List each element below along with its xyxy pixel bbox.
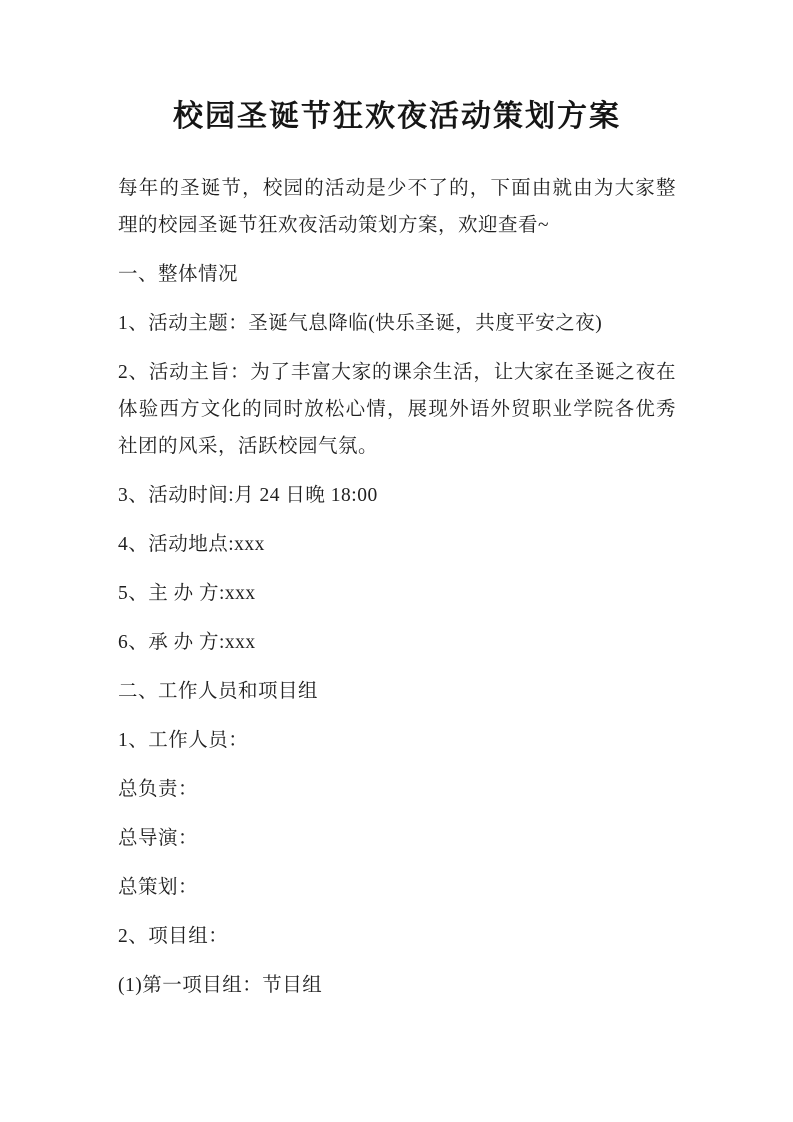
heading-section-1: 一、整体情况 bbox=[118, 256, 676, 293]
paragraph-co-organizer: 6、承 办 方:xxx bbox=[118, 624, 676, 661]
paragraph-staff: 1、工作人员： bbox=[118, 722, 676, 759]
paragraph-activity-time: 3、活动时间:月 24 日晚 18:00 bbox=[118, 477, 676, 514]
paragraph-chief-director: 总导演： bbox=[118, 820, 676, 857]
paragraph-project-groups: 2、项目组： bbox=[118, 918, 676, 955]
paragraph-first-project-group: (1)第一项目组：节目组 bbox=[118, 967, 676, 1004]
paragraph-general-director: 总负责： bbox=[118, 771, 676, 808]
paragraph-activity-location: 4、活动地点:xxx bbox=[118, 526, 676, 563]
document-title: 校园圣诞节狂欢夜活动策划方案 bbox=[118, 97, 676, 137]
heading-section-2: 二、工作人员和项目组 bbox=[118, 673, 676, 710]
paragraph-chief-planner: 总策划： bbox=[118, 869, 676, 906]
paragraph-intro: 每年的圣诞节，校园的活动是少不了的，下面由就由为大家整理的校园圣诞节狂欢夜活动策… bbox=[118, 170, 676, 244]
paragraph-activity-purpose: 2、活动主旨：为了丰富大家的课余生活，让大家在圣诞之夜在体验西方文化的同时放松心… bbox=[118, 354, 676, 465]
paragraph-activity-theme: 1、活动主题：圣诞气息降临(快乐圣诞，共度平安之夜) bbox=[118, 305, 676, 342]
paragraph-organizer: 5、主 办 方:xxx bbox=[118, 575, 676, 612]
document-page: 校园圣诞节狂欢夜活动策划方案 每年的圣诞节，校园的活动是少不了的，下面由就由为大… bbox=[0, 0, 793, 1122]
